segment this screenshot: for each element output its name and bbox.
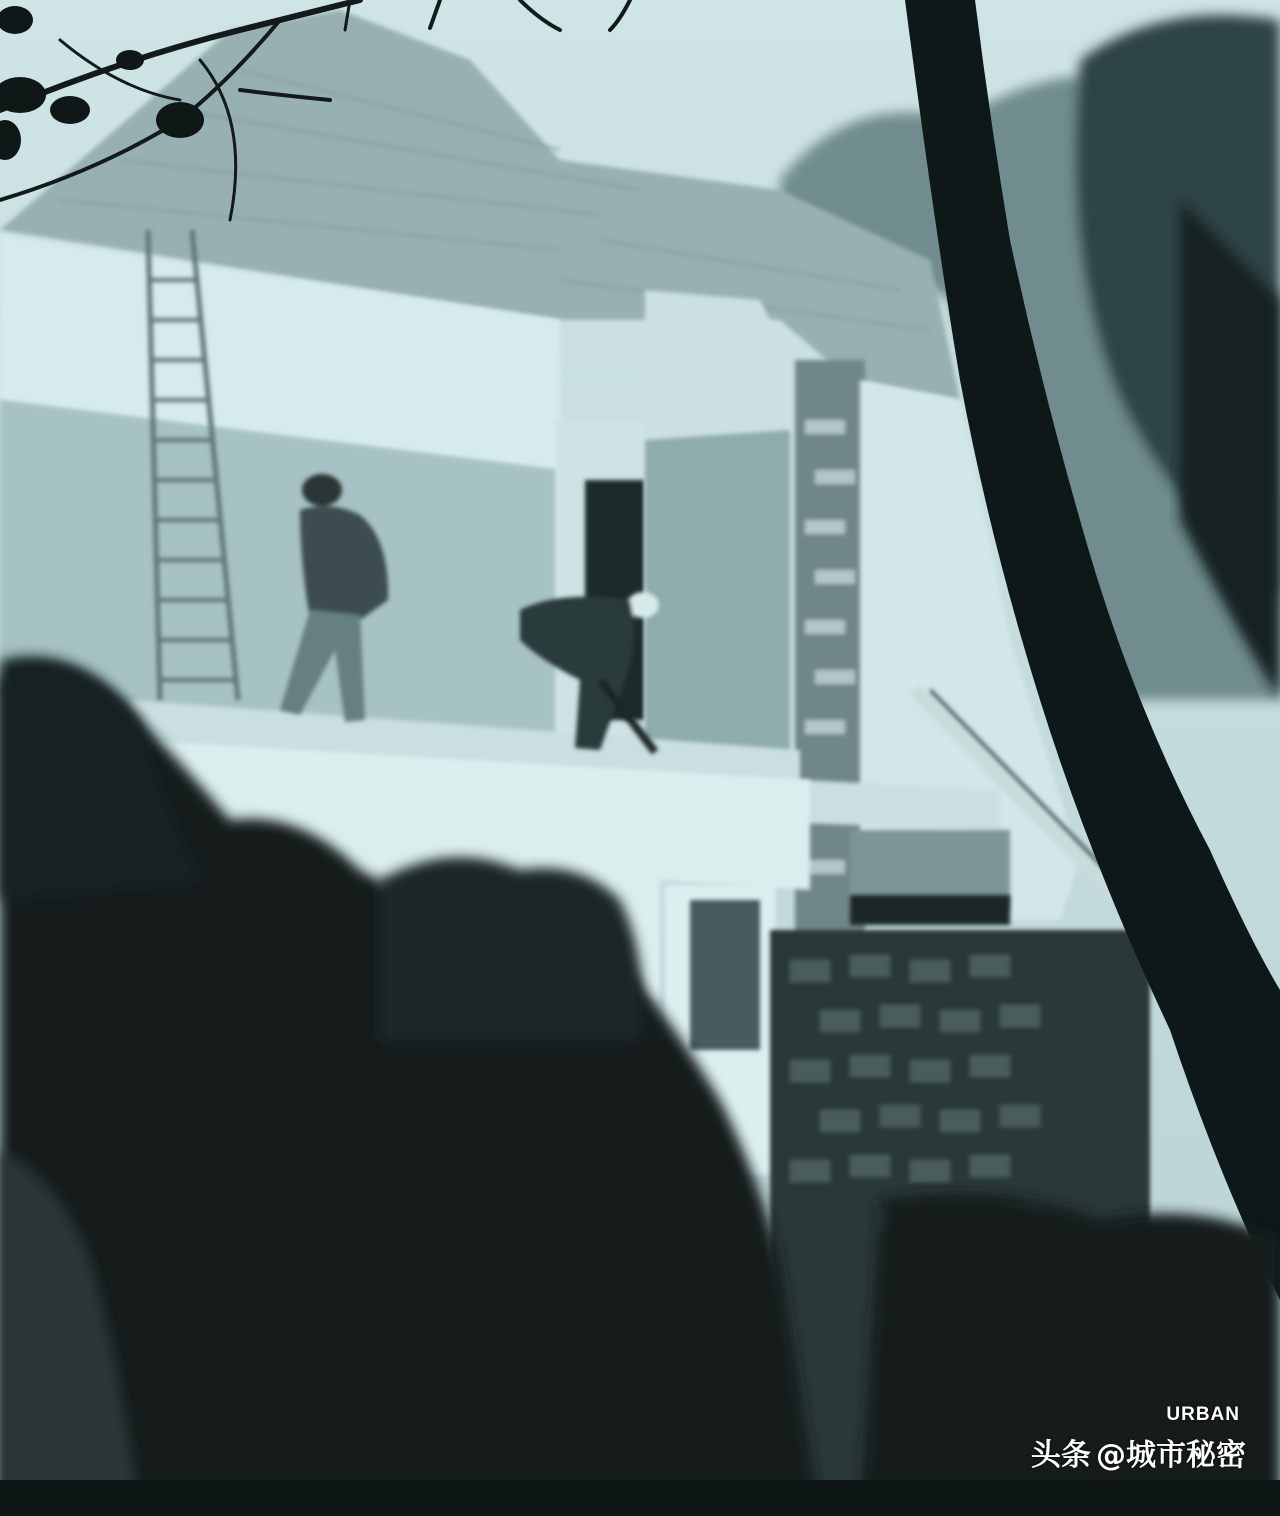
demolition-scene <box>0 0 1280 1516</box>
watermark-brand: URBAN <box>1166 1404 1240 1426</box>
watermark: URBAN 头条 @城市秘密 <box>1031 1430 1246 1474</box>
watermark-handle: @城市秘密 <box>1096 1438 1246 1473</box>
historical-photo: URBAN 头条 @城市秘密 <box>0 0 1280 1516</box>
watermark-platform: 头条 <box>1031 1438 1091 1473</box>
